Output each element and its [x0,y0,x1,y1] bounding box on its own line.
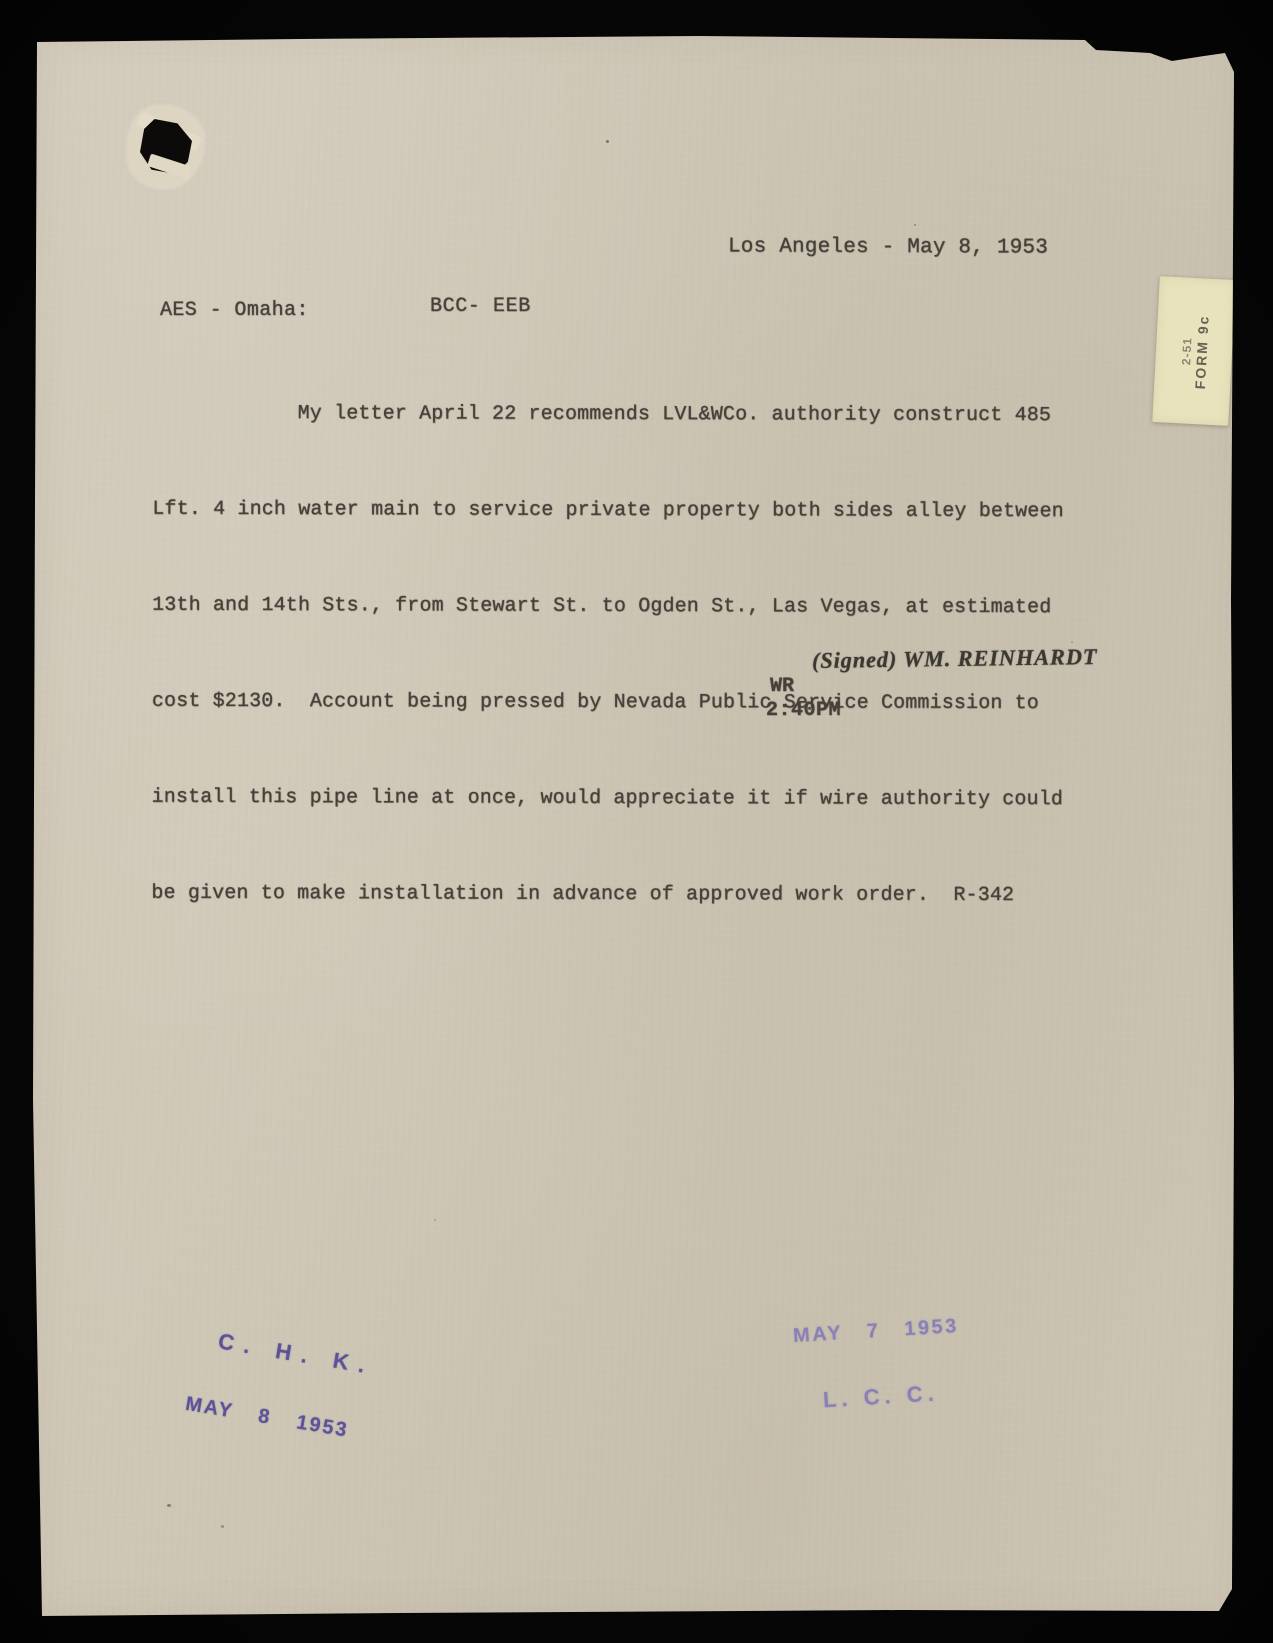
bcc-line: BCC- EEB [430,295,531,318]
paper-speck [167,1504,171,1507]
stamp-initials: C. H. K. [195,1325,377,1380]
paper-speck [434,1219,436,1221]
body-line: be given to make installation in advance… [151,869,1111,922]
form-index-tab: FORM 9c 2-51 [1152,276,1236,426]
stamp-date: MAY 7 1953 [792,1315,959,1348]
paper-speck [606,140,609,143]
signed-stamp: (Signed) WM. REINHARDT [812,644,1098,674]
body-line: My letter April 22 recommends LVL&WCo. a… [153,389,1113,442]
stamp-initials: L. C. C. [822,1379,963,1413]
recipient-line: AES - Omaha: [160,299,309,322]
stamp-date: MAY 8 1953 [184,1393,366,1445]
paper-speck [914,224,916,226]
scan-background: Los Angeles - May 8, 1953 AES - Omaha: B… [0,0,1273,1643]
paper-speck [221,1525,224,1528]
dateline: Los Angeles - May 8, 1953 [728,235,1048,259]
operator-initials: WR [770,675,794,698]
received-stamp-lcc: MAY 7 1953 L. C. C. [790,1279,966,1451]
body-line: cost $2130. Account being pressed by Nev… [152,677,1112,730]
form-tab-text: FORM 9c 2-51 [1177,313,1212,389]
form-tab-number: FORM 9c [1192,314,1212,389]
body-line: 13th and 14th Sts., from Stewart St. to … [152,581,1112,634]
body-line: Lft. 4 inch water main to service privat… [152,485,1112,538]
form-tab-revision: 2-51 [1179,336,1194,365]
received-stamp-chk: C. H. K. MAY 8 1953 [178,1289,383,1480]
time-mark: 2:40PM [766,699,841,722]
paper-sheet: Los Angeles - May 8, 1953 AES - Omaha: B… [0,0,1273,1643]
paper-speck [1071,641,1073,643]
body-line: install this pipe line at once, would ap… [152,773,1112,826]
